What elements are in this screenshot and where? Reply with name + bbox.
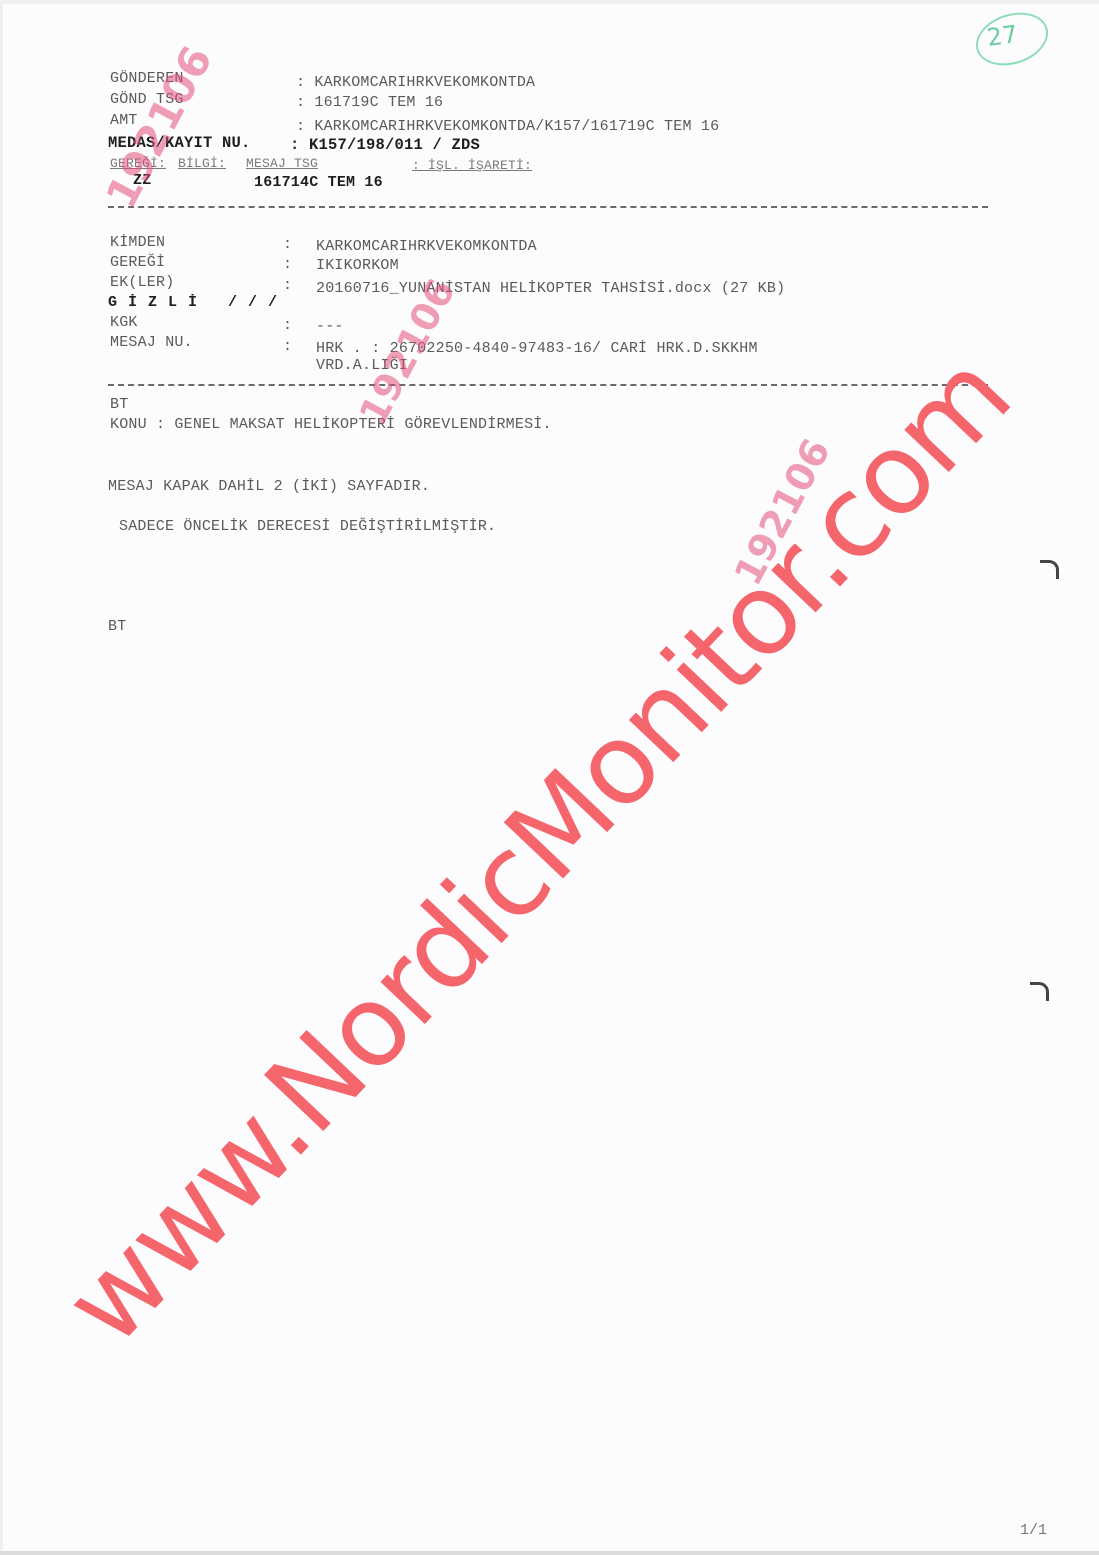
routing-sep: : bbox=[283, 277, 292, 295]
routing-sep: : bbox=[283, 236, 292, 254]
page-edge bbox=[0, 1551, 1099, 1555]
page-edge bbox=[0, 0, 3, 1555]
page-edge bbox=[0, 0, 1099, 4]
routing-label-msg-no: MESAJ NU. bbox=[110, 334, 193, 352]
routing-sep: : bbox=[283, 256, 292, 274]
divider bbox=[108, 384, 988, 386]
page-count-note: MESAJ KAPAK DAHİL 2 (İKİ) SAYFADIR. bbox=[108, 478, 430, 496]
priority-note: SADECE ÖNCELİK DERECESİ DEĞİŞTİRİLMİŞTİR… bbox=[119, 518, 496, 536]
header-value-amt: : KARKOMCARIHRKVEKOMKONTDA/K157/161719C … bbox=[296, 118, 719, 136]
routing-value-from: KARKOMCARIHRKVEKOMKONTDA bbox=[316, 238, 537, 256]
routing-label-from: KİMDEN bbox=[110, 234, 165, 252]
subheader-bilgi: BİLGİ: bbox=[178, 155, 226, 173]
handwritten-page-number: 27 bbox=[985, 20, 1019, 52]
header-value-sender: : KARKOMCARIHRKVEKOMKONTDA bbox=[296, 74, 535, 92]
header-value-dtg: : 161719C TEM 16 bbox=[296, 94, 443, 112]
routing-label-action: GEREĞİ bbox=[110, 254, 165, 272]
subheader-isl-isareti: : İŞL. İŞARETİ: bbox=[412, 157, 532, 175]
routing-label-attachments: EK(LER) bbox=[110, 274, 174, 292]
routing-label-kgk: KGK bbox=[110, 314, 138, 332]
page-indicator: 1/1 bbox=[1020, 1522, 1047, 1539]
divider bbox=[108, 206, 988, 208]
binder-hole-mark bbox=[1030, 982, 1049, 1001]
registry-value: : K157/198/011 / ZDS bbox=[290, 136, 480, 154]
subject-line: KONU : GENEL MAKSAT HELİKOPTERİ GÖREVLEN… bbox=[110, 416, 552, 434]
routing-sep: : bbox=[283, 338, 292, 356]
break-start: BT bbox=[110, 396, 128, 414]
classification-marking: G İ Z L İ / / / bbox=[108, 294, 278, 312]
break-end: BT bbox=[108, 618, 126, 636]
attachment-file: 20160716_YUNANİSTAN HELİKOPTER TAHSİSİ.d… bbox=[316, 280, 785, 298]
binder-hole-mark bbox=[1040, 560, 1059, 579]
subheader-mesaj-tsg: MESAJ TSG bbox=[246, 155, 416, 173]
routing-sep: : bbox=[283, 317, 292, 335]
routing-value-kgk: --- bbox=[316, 318, 344, 336]
routing-value-action: IKIKORKOM bbox=[316, 257, 399, 275]
message-dtg: 161714C TEM 16 bbox=[254, 174, 383, 192]
